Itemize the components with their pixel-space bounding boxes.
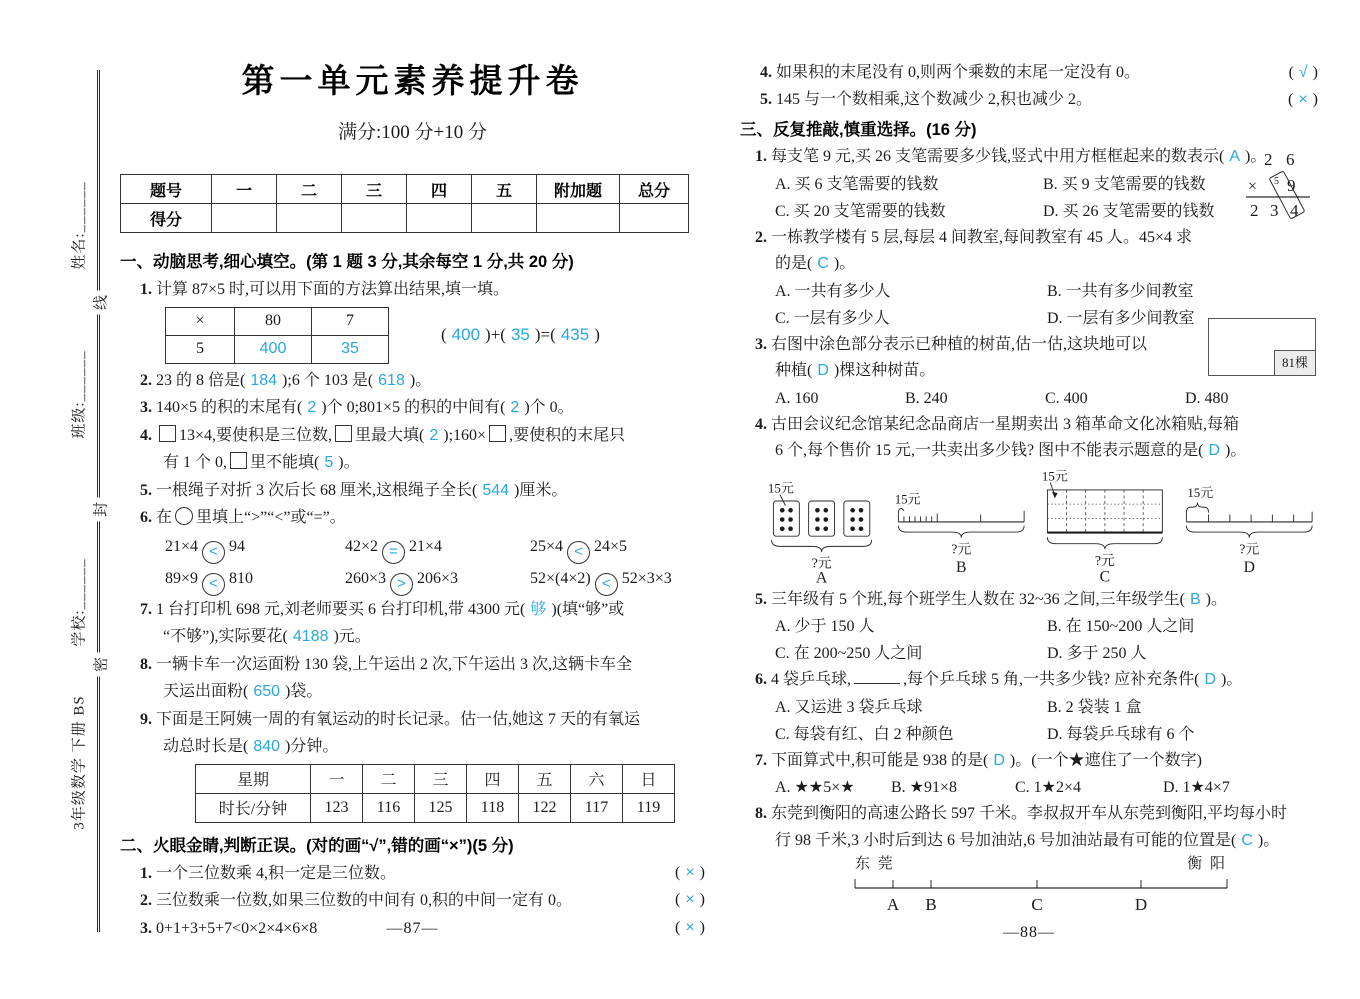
choice-q3-options: A. 160 B. 240 C. 400 D. 480 [740, 385, 1318, 412]
page-number-right: —88— [740, 924, 1318, 942]
judge-item-4: 4. 如果积的末尾没有 0,则两个乘数的末尾一定没有 0。 (√) [740, 60, 1318, 87]
diagram-letter: B [956, 558, 966, 575]
choice-q6-options: A. 又运进 3 袋乒乓球 B. 2 袋装 1 盒 C. 每袋有红、白 2 种颜… [740, 694, 1318, 748]
book-edition-label: 3年级数学 下册 BS [68, 678, 89, 848]
s1-item7-line2: “不够”),实际要花(4188)元。 [120, 623, 705, 651]
price-label: 15元 [1188, 484, 1214, 499]
option-d: D. 多于 250 人 [1047, 640, 1318, 667]
city-to-label: 衡 阳 [1187, 855, 1227, 872]
compare-answer: > [397, 575, 406, 592]
s1-item3: 3. 140×5 的积的末尾有(2)个 0;801×5 的积的中间有(2)个 0… [120, 394, 705, 422]
option-d: D. 每袋乒乓球有 6 个 [1047, 721, 1318, 748]
s1-item1-figure: × 80 7 5 400 35 (400)+(35)=(435) [165, 307, 705, 364]
under-brace [772, 539, 872, 551]
week-cell: 时长/分钟 [196, 793, 311, 822]
option-d: D. 买 26 支笔需要的钱数 [1043, 198, 1245, 225]
mini-cell: 7 [312, 307, 389, 335]
choice-q5-options: A. 少于 150 人 B. 在 150~200 人之间 C. 在 200~25… [740, 613, 1318, 667]
score-empty-cell [472, 204, 537, 233]
compare-right: 52×3×3 [622, 570, 672, 587]
product-digit: 2 [1250, 201, 1259, 220]
option-d: D. 1★4×7 [1163, 774, 1318, 801]
option-c: C. 买 20 支笔需要的钱数 [775, 198, 1043, 225]
judge-text: 4. 如果积的末尾没有 0,则两个乘数的末尾一定没有 0。 [760, 60, 1140, 87]
score-header-cell: 三 [342, 175, 407, 204]
option-a: A. 少于 150 人 [775, 613, 1047, 640]
week-cell: 117 [571, 793, 623, 822]
week-cell: 星期 [196, 764, 311, 793]
score-empty-cell [212, 204, 277, 233]
total-question-label: ?元 [951, 541, 971, 556]
judge-item-5: 5. 145 与一个数相乘,这个数减少 2,积也减少 2。 (×) [740, 87, 1318, 114]
vertical-multiplication-svg: 2 6 × 5 9 2 3 4 [1240, 148, 1314, 230]
week-cell: 116 [363, 793, 415, 822]
option-b: B. ★91×8 [891, 774, 1015, 801]
option-c: C. 每袋有红、白 2 种颜色 [775, 721, 1047, 748]
sum-equation: (400)+(35)=(435) [441, 325, 600, 345]
compare-right: 24×5 [594, 538, 627, 555]
under-brace [898, 525, 1024, 537]
comparison-item: 260×3>206×3 [345, 564, 530, 596]
page-title: 第一单元素养提升卷 [120, 60, 705, 104]
compare-right: 206×3 [417, 570, 458, 587]
s1-item8-line2: 天运出面粉(650)袋。 [120, 678, 705, 706]
page-left: 第一单元素养提升卷 满分:100 分+10 分 题号 一 二 三 四 五 附加题… [120, 52, 705, 942]
judge-mark: (×) [675, 860, 705, 888]
score-header-cell: 二 [277, 175, 342, 204]
choice-q2-line2: 的是(C)。 [740, 251, 1318, 278]
s1-item9-line1: 9. 下面是王阿姨一周的有氧运动的时长记录。估一估,她这 7 天的有氧运 [120, 706, 705, 734]
s1-item5: 5. 一根绳子对折 3 次后长 68 厘米,这根绳子全长(544)厘米。 [120, 477, 705, 505]
choice-q3: 3. 右图中涂色部分表示已种植的树苗,估一估,这块地可以 种植(D)棵这种树苗。… [740, 332, 1318, 412]
compare-left: 52×(4×2) [530, 570, 591, 587]
station-point-label: A [887, 895, 900, 914]
judge-item-1: 1. 一个三位数乘 4,积一定是三位数。 (×) [120, 860, 705, 888]
shaded-planted-area: 81棵 [1274, 350, 1316, 376]
section3-heading: 三、反复推敲,慎重选择。(16 分) [740, 117, 1318, 144]
judge-mark: (√) [1289, 60, 1318, 87]
week-cell: 125 [415, 793, 467, 822]
page-number-left: —87— [120, 920, 705, 938]
s1-item4-line1: 4. 13×4,要使积是三位数,里最大填(2);160×,要使积的末尾只 [120, 422, 705, 450]
mult-digit: 2 [1264, 150, 1273, 169]
diagram-letter: A [816, 569, 828, 584]
score-empty-cell [620, 204, 689, 233]
compare-right: 21×4 [409, 538, 442, 555]
station-point-label: B [925, 895, 936, 914]
option-c: C. 400 [1045, 385, 1185, 412]
seal-char-top: 线 [90, 291, 111, 315]
choice-q7-text: 7. 下面算式中,积可能是 938 的是(D)。(一个★遮住了一个数字) [740, 748, 1318, 775]
product-digit: 3 [1270, 201, 1279, 220]
full-score-subtitle: 满分:100 分+10 分 [120, 120, 705, 146]
exam-paper-scan: { "colors": {"answer_blue": "#29a7e0"}, … [0, 0, 1360, 999]
section2-heading: 二、火眼金睛,判断正误。(对的画“√”,错的画“×”)(5 分) [120, 833, 705, 860]
score-table-header-row: 题号 一 二 三 四 五 附加题 总分 [121, 175, 689, 204]
planting-field-figure: 81棵 [1208, 318, 1316, 376]
score-empty-cell [537, 204, 620, 233]
diagram-letter: C [1099, 568, 1110, 584]
score-header-cell: 五 [472, 175, 537, 204]
mini-cell-answer: 35 [312, 335, 389, 363]
highway-line-diagram: 东 莞 衡 阳 A B C D [825, 854, 1255, 916]
compare-answer: < [602, 575, 611, 592]
week-cell: 118 [467, 793, 519, 822]
seal-char-bottom: 密 [90, 653, 111, 677]
week-cell: 一 [311, 764, 363, 793]
s1-item7-line1: 7. 1 台打印机 698 元,刘老师要买 6 台打印机,带 4300 元(够)… [120, 596, 705, 624]
compare-right: 94 [229, 538, 245, 555]
week-cell: 六 [571, 764, 623, 793]
compare-right: 810 [229, 570, 253, 587]
score-table-score-row: 得分 [121, 204, 689, 233]
compare-left: 89×9 [165, 570, 198, 587]
score-header-cell: 附加题 [537, 175, 620, 204]
option-a: A. ★★5×★ [775, 774, 891, 801]
option-b: B. 一共有多少间教室 [1047, 278, 1318, 305]
choice-q8-line1: 8. 东莞到衡阳的高速公路长 597 千米。李叔叔开车从东莞到衡阳,平均每小时 [740, 801, 1318, 828]
s1-item4-line2: 有 1 个 0,里不能填(5)。 [120, 449, 705, 477]
exercise-duration-table: 星期 一 二 三 四 五 六 日 时长/分钟 123 116 125 118 1… [195, 764, 675, 823]
comparison-item: 25×4<24×5 [530, 532, 705, 564]
score-empty-cell [277, 204, 342, 233]
city-from-label: 东 莞 [855, 854, 895, 872]
comparison-grid: 21×4<94 42×2=21×4 25×4<24×5 89×9<810 260… [165, 532, 705, 596]
student-name-field: 姓名:______ [68, 141, 89, 311]
comparison-item: 52×(4×2)<52×3×3 [530, 564, 705, 596]
diagram-letter: D [1244, 558, 1255, 575]
option-a: A. 一共有多少人 [775, 278, 1047, 305]
comparison-item: 42×2=21×4 [345, 532, 530, 564]
option-d: D. 480 [1185, 385, 1318, 412]
option-b: B. 2 袋装 1 盒 [1047, 694, 1318, 721]
compare-answer: = [389, 543, 398, 560]
compare-left: 25×4 [530, 538, 563, 555]
mini-cell-answer: 400 [235, 335, 312, 363]
score-header-cell: 总分 [620, 175, 689, 204]
choice-q1-options: A. 买 6 支笔需要的钱数 B. 买 9 支笔需要的钱数 C. 买 20 支笔… [740, 171, 1245, 225]
score-header-cell: 四 [407, 175, 472, 204]
option-a: A. 又运进 3 袋乒乓球 [775, 694, 1047, 721]
total-question-label: ?元 [1094, 552, 1114, 568]
choice-q8-line2: 行 98 千米,3 小时后到达 6 号加油站,6 号加油站最有可能的位置是(C)… [740, 828, 1318, 855]
s1-item8-line1: 8. 一辆卡车一次运面粉 130 袋,上午运出 2 次,下午运出 3 次,这辆卡… [120, 651, 705, 679]
comparison-item: 21×4<94 [165, 532, 345, 564]
option-a: A. 买 6 支笔需要的钱数 [775, 171, 1043, 198]
option-b: B. 240 [905, 385, 1045, 412]
score-header-cell: 题号 [121, 175, 212, 204]
over-brace [1187, 502, 1209, 512]
mult-digit: 6 [1286, 150, 1295, 169]
choice-q6-text: 6. 4 袋乒乓球,,每个乒乓球 5 角,一共多少钱? 应补充条件(D)。 [740, 667, 1318, 694]
page-right: 4. 如果积的末尾没有 0,则两个乘数的末尾一定没有 0。 (√) 5. 145… [740, 52, 1318, 916]
s1-item9-line2: 动总时长是(840)分钟。 [120, 733, 705, 761]
station-point-label: C [1031, 895, 1042, 914]
mini-cell: 5 [166, 335, 235, 363]
score-table: 题号 一 二 三 四 五 附加题 总分 得分 [120, 174, 689, 233]
option-b: B. 买 9 支笔需要的钱数 [1043, 171, 1245, 198]
diagram-b-tick-line: 15元 ?元 B [891, 481, 1030, 585]
judge-text: 5. 145 与一个数相乘,这个数减少 2,积也减少 2。 [760, 87, 1092, 114]
diagram-c-grid-rect: 15元 ?元 C [1040, 469, 1170, 585]
choice-q4-line2: 6 个,每个售价 15 元,一共卖出多少钱? 图中不能表示题意的是(D)。 [740, 438, 1318, 465]
week-cell: 四 [467, 764, 519, 793]
multiply-sign: × [1248, 178, 1257, 195]
judge-text: 1. 一个三位数乘 4,积一定是三位数。 [140, 860, 396, 888]
compare-answer: < [574, 543, 583, 560]
judge-mark: (×) [675, 887, 705, 915]
score-empty-cell [342, 204, 407, 233]
option-b: B. 在 150~200 人之间 [1047, 613, 1318, 640]
under-brace [1187, 525, 1313, 537]
carry-digit: 5 [1274, 176, 1279, 187]
under-brace [1047, 537, 1162, 549]
week-cell: 日 [623, 764, 675, 793]
section1-heading: 一、动脑思考,细心填空。(第 1 题 3 分,其余每空 1 分,共 20 分) [120, 249, 705, 276]
option-c: C. 一层有多少人 [775, 305, 1047, 332]
option-a: A. 160 [775, 385, 905, 412]
compare-circle: < [567, 541, 590, 564]
week-cell: 119 [623, 793, 675, 822]
choice-q3-line1: 3. 右图中涂色部分表示已种植的树苗,估一估,这块地可以 [740, 332, 1230, 359]
score-header-cell: 一 [212, 175, 277, 204]
choice-q7-options: A. ★★5×★ B. ★91×8 C. 1★2×4 D. 1★4×7 [740, 774, 1318, 801]
mini-cell: 80 [235, 307, 312, 335]
choice-q5-text: 5. 三年级有 5 个班,每个班学生人数在 32~36 之间,三年级学生(B)。 [740, 587, 1318, 614]
choice-q1: 1. 每支笔 9 元,买 26 支笔需要多少钱,竖式中用方框框起来的数表示(A)… [740, 144, 1318, 225]
diagram-d-segment-line: 15元 ?元 D [1179, 481, 1318, 585]
vertical-multiplication-figure: 2 6 × 5 9 2 3 4 [1240, 148, 1314, 235]
option-c: C. 在 200~250 人之间 [775, 640, 1047, 667]
seal-char-middle: 封 [90, 498, 111, 522]
mini-cell: × [166, 307, 235, 335]
s1-item6: 6. 在里填上“>”“<”或“=”。 [120, 504, 705, 532]
total-question-label: ?元 [1240, 541, 1260, 556]
compare-circle: < [202, 541, 225, 564]
judge-mark: (×) [1288, 87, 1318, 114]
choice-q1-text: 1. 每支笔 9 元,买 26 支笔需要多少钱,竖式中用方框框起来的数表示(A)… [740, 144, 1318, 171]
student-class-field: 班级:______ [68, 310, 89, 480]
compare-left: 42×2 [345, 538, 378, 555]
student-school-field: 学校:______ [68, 518, 89, 688]
week-cell: 五 [519, 764, 571, 793]
compare-answer: < [209, 575, 218, 592]
week-header-row: 星期 一 二 三 四 五 六 日 [196, 764, 675, 793]
week-cell: 123 [311, 793, 363, 822]
compare-answer: < [209, 543, 218, 560]
compare-circle: > [390, 573, 413, 596]
score-empty-cell [407, 204, 472, 233]
comparison-item: 89×9<810 [165, 564, 345, 596]
compare-circle: < [202, 573, 225, 596]
price-label: 15元 [768, 480, 794, 495]
judge-text: 2. 三位数乘一位数,如果三位数的中间有 0,积的中间一定有 0。 [140, 887, 572, 915]
score-row-label: 得分 [121, 204, 212, 233]
choice-q2-line1: 2. 一栋教学楼有 5 层,每层 4 间教室,每间教室有 45 人。45×4 求 [740, 225, 1318, 252]
compare-circle: < [595, 573, 618, 596]
compare-left: 260×3 [345, 570, 386, 587]
station-point-label: D [1135, 895, 1147, 914]
s1-item1: 1. 计算 87×5 时,可以用下面的方法算出结果,填一填。 [120, 276, 705, 304]
judge-item-2: 2. 三位数乘一位数,如果三位数的中间有 0,积的中间一定有 0。 (×) [120, 887, 705, 915]
dot-grid [780, 507, 863, 530]
compare-circle: = [382, 541, 405, 564]
diagram-a-dot-cards: 15元 ?元 A [766, 480, 881, 585]
option-c: C. 1★2×4 [1015, 774, 1163, 801]
compare-left: 21×4 [165, 538, 198, 555]
choice-q4-line1: 4. 古田会议纪念馆某纪念品商店一星期卖出 3 箱革命文化冰箱贴,每箱 [740, 412, 1318, 439]
s1-item2: 2. 23 的 8 倍是(184);6 个 103 是(618)。 [120, 367, 705, 395]
arrowhead [1052, 491, 1058, 497]
week-cell: 三 [415, 764, 467, 793]
week-cell: 二 [363, 764, 415, 793]
multiplication-split-table: × 80 7 5 400 35 [165, 307, 389, 364]
price-label: 15元 [895, 491, 921, 506]
week-cell: 122 [519, 793, 571, 822]
week-value-row: 时长/分钟 123 116 125 118 122 117 119 [196, 793, 675, 822]
price-label: 15元 [1041, 469, 1067, 484]
choice-q4-diagrams: 15元 ?元 A 15元 ?元 [766, 469, 1318, 585]
